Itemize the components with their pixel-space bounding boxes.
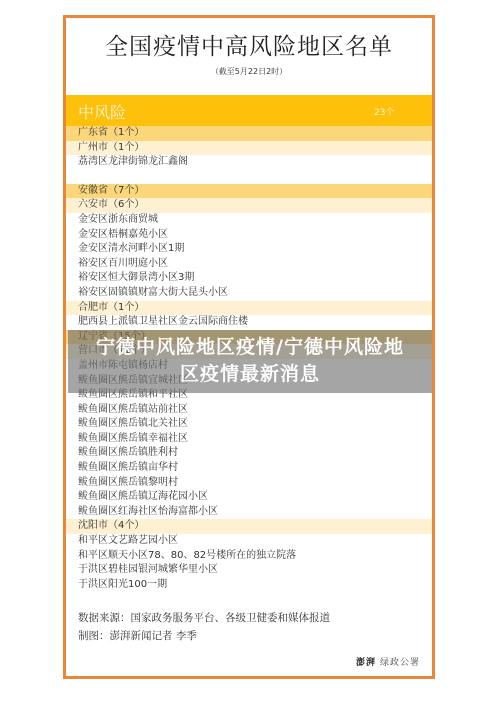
area-row: 鲅鱼圈区熊岳镇胜利村 <box>66 446 432 461</box>
section-count: 23个 <box>374 105 394 118</box>
headline-line-2: 区疫情最新消息 <box>68 361 432 388</box>
publisher-logo: 澎湃绿政公署 <box>356 655 420 668</box>
area-row: 金安区浙东商贸城 <box>66 213 432 228</box>
area-row: 和平区文艺路艺园小区 <box>66 534 432 549</box>
footer: 数据来源：国家政务服务平台、各级卫健委和媒体报道 制图：澎湃新闻记者 李季 <box>78 609 330 645</box>
area-row: 和平区顺天小区78、80、82号楼所在的独立院落 <box>66 549 432 564</box>
area-row: 鲅鱼圈区熊岳镇站前社区 <box>66 403 432 418</box>
area-row: 于洪区碧桂园银河城繁华里小区 <box>66 563 432 578</box>
document-title: 全国疫情中高风险地区名单 <box>66 28 432 61</box>
city-row: 六安市（6个） <box>66 198 432 213</box>
area-row: 裕安区固镇镇财富大街大昆头小区 <box>66 286 432 301</box>
area-row: 裕安区百川明庭小区 <box>66 257 432 272</box>
area-row: 裕安区恒大御景湾小区3期 <box>66 271 432 286</box>
headline-overlay-banner: 宁德中风险地区疫情/宁德中风险地 区疫情最新消息 <box>68 330 432 393</box>
chart-credit: 制图：澎湃新闻记者 李季 <box>78 627 330 645</box>
spacer-row <box>66 170 432 184</box>
area-row: 鲅鱼圈区熊岳镇北关社区 <box>66 417 432 432</box>
city-row: 合肥市（1个） <box>66 301 432 316</box>
area-row: 肥西县上派镇卫星社区金云国际商住楼 <box>66 315 432 330</box>
province-row: 安徽省（7个） <box>66 184 432 199</box>
medium-risk-section-header: 中风险 23个 <box>66 95 432 126</box>
area-row: 金安区梧桐嘉苑小区 <box>66 228 432 243</box>
city-row: 广州市（1个） <box>66 141 432 156</box>
area-row: 于洪区阳光100一期 <box>66 578 432 593</box>
area-row: 鲅鱼圈区红海社区怡海富都小区 <box>66 505 432 520</box>
area-row: 鲅鱼圈区熊岳镇黎明村 <box>66 476 432 491</box>
logo-mark: 澎湃 <box>356 658 376 668</box>
city-row: 沈阳市（4个） <box>66 519 432 534</box>
data-source: 数据来源：国家政务服务平台、各级卫健委和媒体报道 <box>78 609 330 627</box>
headline-overlay-text: 宁德中风险地区疫情/宁德中风险地 区疫情最新消息 <box>68 334 432 388</box>
section-label: 中风险 <box>78 100 126 123</box>
area-row: 鲅鱼圈区熊岳镇幸福社区 <box>66 432 432 447</box>
area-row: 金安区清水河畔小区1期 <box>66 242 432 257</box>
headline-line-1: 宁德中风险地区疫情/宁德中风险地 <box>68 334 432 361</box>
area-row: 荔湾区龙津街锦龙汇鑫阁 <box>66 155 432 170</box>
area-row: 鲅鱼圈区熊岳镇亩华村 <box>66 461 432 476</box>
document-subtitle: （截至5月22日2时） <box>66 66 432 77</box>
province-row: 广东省（1个） <box>66 126 432 141</box>
logo-text: 绿政公署 <box>380 658 420 668</box>
area-row: 鲅鱼圈区熊岳镇辽海花园小区 <box>66 490 432 505</box>
